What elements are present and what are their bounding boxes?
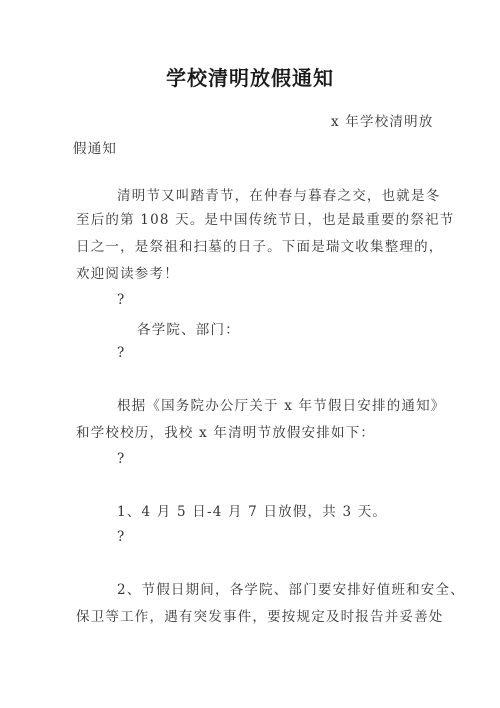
intro-line-3: 日之一，是祭祖和扫墓的日子。下面是瑞文收集整理的，: [76, 235, 444, 255]
item-1: 1、4 月 5 日-4 月 7 日放假，共 3 天。: [117, 500, 387, 520]
intro-line-4: 欢迎阅读参考！: [76, 262, 179, 282]
document-title: 学校清明放假通知: [0, 62, 500, 91]
body-line-1: 根据《国务院办公厅关于 x 年节假日安排的通知》: [117, 394, 446, 414]
body-line-2: 和学校校历，我校 x 年清明节放假安排如下：: [76, 421, 375, 441]
salutation: 各学院、部门：: [137, 318, 240, 338]
subtitle-line-1: x 年学校清明放: [331, 110, 434, 130]
intro-line-1: 清明节又叫踏青节，在仲春与暮春之交，也就是冬: [117, 184, 440, 204]
placeholder-mark: ?: [117, 345, 125, 361]
placeholder-mark: ?: [117, 292, 125, 308]
item-2-line-1: 2、节假日期间，各学院、部门要安排好值班和安全、: [117, 578, 465, 598]
subtitle-line-2: 假通知: [73, 137, 117, 157]
item-2-line-2: 保卫等工作，遇有突发事件，要按规定及时报告并妥善处: [76, 605, 444, 625]
placeholder-mark: ?: [117, 529, 125, 545]
placeholder-mark: ?: [117, 451, 125, 467]
intro-line-2: 至后的第 108 天。是中国传统节日，也是最重要的祭祀节: [76, 208, 454, 228]
